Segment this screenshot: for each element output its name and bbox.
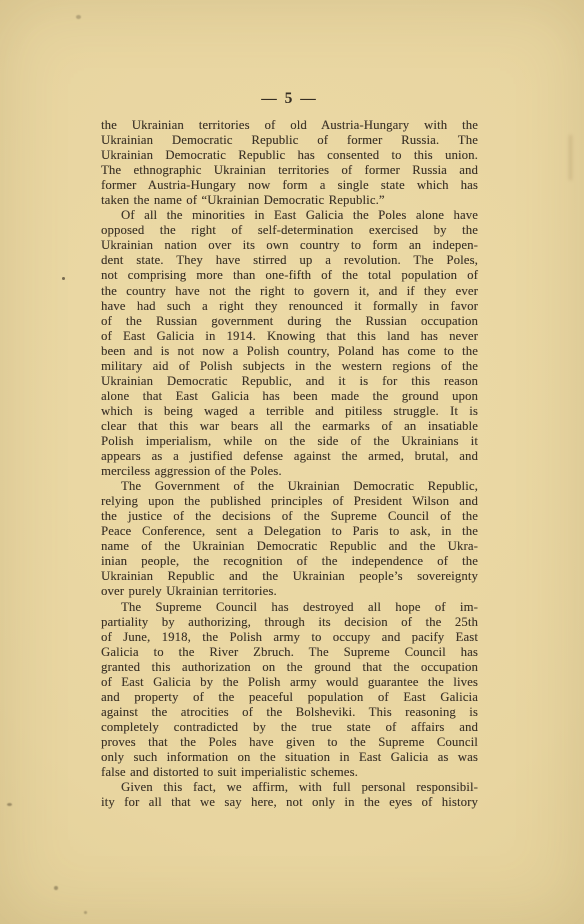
text-line: inian people, the recognition of the ind… [101, 554, 478, 569]
text-line: of June, 1918, the Polish army to occupy… [101, 630, 478, 645]
scan-speck [84, 911, 87, 914]
paragraph: The Supreme Council has destroyed all ho… [101, 600, 478, 781]
text-line: appears as a justified defense against t… [101, 449, 478, 464]
paragraph: the Ukrainian territories of old Austria… [101, 118, 478, 208]
text-line: granted this authorization on the ground… [101, 660, 478, 675]
text-line: The ethnographic Ukrainian territories o… [101, 163, 478, 178]
text-line: false and distorted to suit imperialisti… [101, 765, 478, 780]
text-line: merciless aggression of the Poles. [101, 464, 478, 479]
text-block: the Ukrainian territories of old Austria… [101, 118, 478, 810]
text-line: Ukrainian Democratic Republic of former … [101, 133, 478, 148]
text-line: The Government of the Ukrainian Democrat… [101, 479, 478, 494]
text-line: partiality by authorizing, through its d… [101, 615, 478, 630]
scan-speck [7, 803, 12, 806]
text-line: against the atrocities of the Bolsheviki… [101, 705, 478, 720]
text-line: not comprising more than one-fifth of th… [101, 268, 478, 283]
scan-speck [62, 277, 65, 280]
paragraph: Given this fact, we affirm, with full pe… [101, 780, 478, 810]
page-number: — 5 — [101, 90, 478, 108]
text-line: Polish imperialism, while on the side of… [101, 434, 478, 449]
text-line: The Supreme Council has destroyed all ho… [101, 600, 478, 615]
text-line: clear that this war bears all the earmar… [101, 419, 478, 434]
text-line: Ukrainian Republic and the Ukrainian peo… [101, 569, 478, 584]
text-line: Galicia to the River Zbruch. The Supreme… [101, 645, 478, 660]
text-line: and property of the peaceful population … [101, 690, 478, 705]
text-line: only such information on the situation i… [101, 750, 478, 765]
text-line: of East Galicia by the Polish army would… [101, 675, 478, 690]
text-line: Ukrainian Democratic Republic has consen… [101, 148, 478, 163]
text-line: the Ukrainian territories of old Austria… [101, 118, 478, 133]
text-line: been and is not now a Polish country, Po… [101, 344, 478, 359]
text-line: taken the name of “Ukrainian Democratic … [101, 193, 478, 208]
text-line: dent state. They have stirred up a revol… [101, 253, 478, 268]
scanned-page: { "page": { "page_number": "— 5 —", "par… [0, 0, 584, 924]
text-line: have had such a right they renounced it … [101, 299, 478, 314]
text-line: of East Galicia in 1914. Knowing that th… [101, 329, 478, 344]
text-line: over purely Ukrainian territories. [101, 584, 478, 599]
scan-smudge [569, 135, 572, 180]
scan-speck [54, 886, 58, 890]
text-line: which is being waged a terrible and piti… [101, 404, 478, 419]
text-line: Of all the minorities in East Galicia th… [101, 208, 478, 223]
text-line: proves that the Poles have given to the … [101, 735, 478, 750]
text-line: the country have not the right to govern… [101, 284, 478, 299]
text-line: name of the Ukrainian Democratic Republi… [101, 539, 478, 554]
paragraph: The Government of the Ukrainian Democrat… [101, 479, 478, 599]
text-line: Ukrainian nation over its own country to… [101, 238, 478, 253]
text-line: military aid of Polish subjects in the w… [101, 359, 478, 374]
text-line: opposed the right of self-determination … [101, 223, 478, 238]
text-line: of the Russian government during the Rus… [101, 314, 478, 329]
text-line: Given this fact, we affirm, with full pe… [101, 780, 478, 795]
text-line: completely contradicted by the true stat… [101, 720, 478, 735]
text-line: ity for all that we say here, not only i… [101, 795, 478, 810]
text-line: former Austria-Hungary now form a single… [101, 178, 478, 193]
text-line: Peace Conference, sent a Delegation to P… [101, 524, 478, 539]
text-line: alone that East Galicia has been made th… [101, 389, 478, 404]
text-line: Ukrainian Democratic Republic, and it is… [101, 374, 478, 389]
text-line: the justice of the decisions of the Supr… [101, 509, 478, 524]
scan-speck [76, 15, 81, 19]
text-line: relying upon the published principles of… [101, 494, 478, 509]
paragraph: Of all the minorities in East Galicia th… [101, 208, 478, 479]
